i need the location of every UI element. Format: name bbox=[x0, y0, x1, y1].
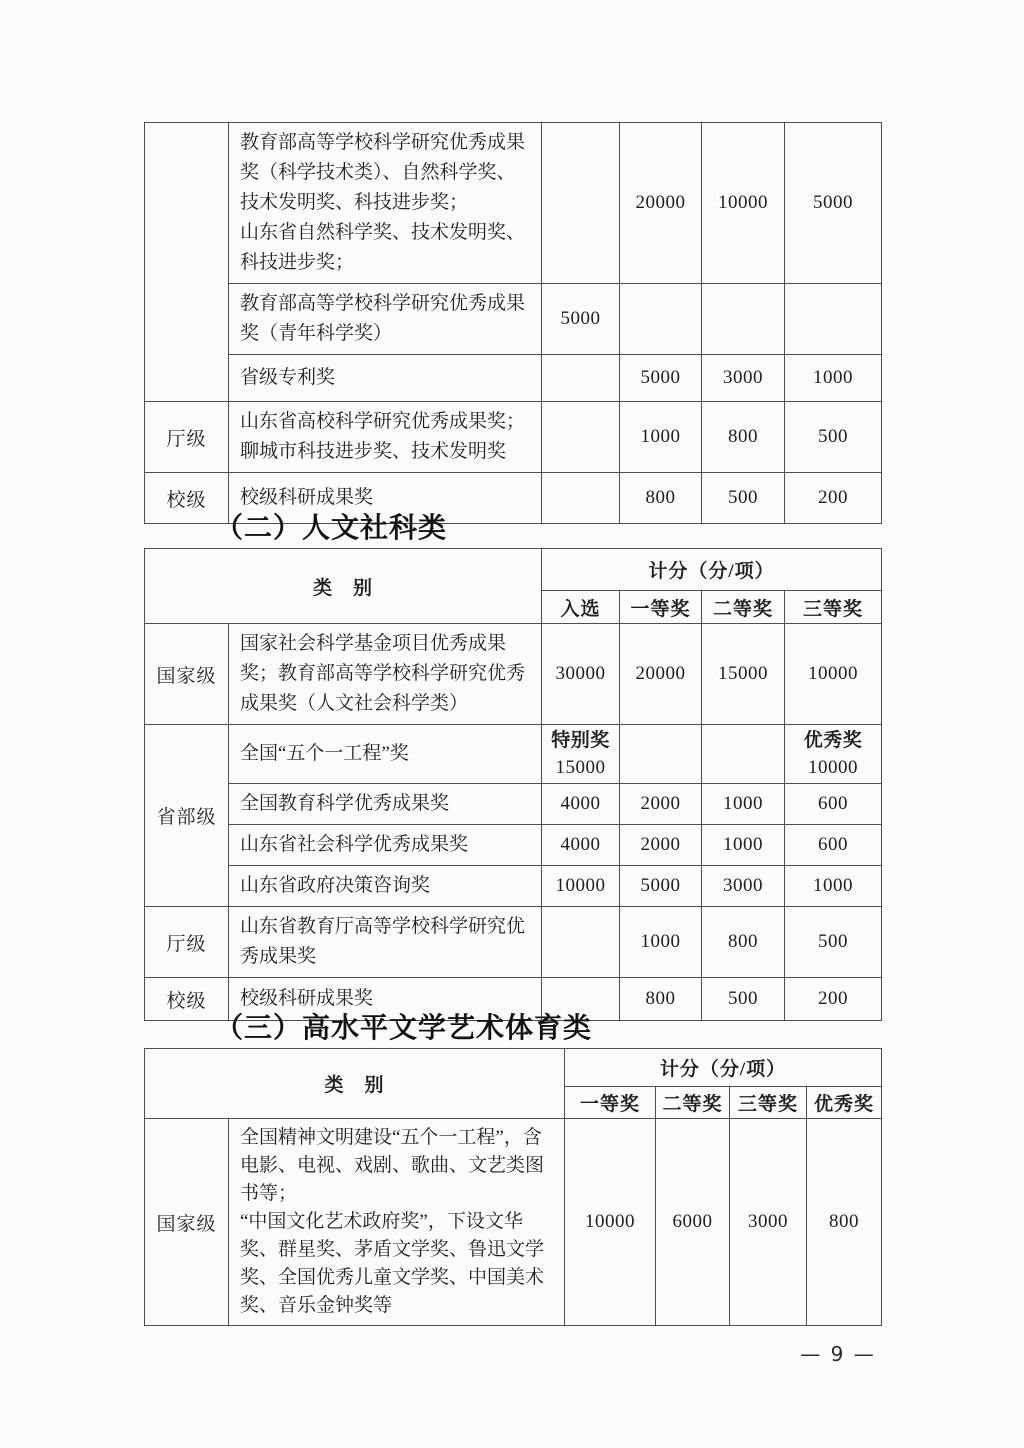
score-cell: 800 bbox=[807, 1119, 882, 1326]
score-cell: 10000 bbox=[702, 123, 785, 284]
score-cell: 10000 bbox=[565, 1119, 656, 1326]
score-cell: 2000 bbox=[620, 784, 702, 825]
award-cell: 山东省政府决策咨询奖 bbox=[229, 866, 542, 907]
score-cell: 500 bbox=[702, 473, 785, 524]
award-cell: 国家社会科学基金项目优秀成果奖；教育部高等学校科学研究优秀成果奖（人文社会科学类… bbox=[229, 624, 542, 725]
score-cell: 10000 bbox=[785, 624, 882, 725]
category-cell: 国家级 bbox=[145, 624, 229, 725]
score-cell: 20000 bbox=[620, 624, 702, 725]
table-row: 厅级 山东省高校科学研究优秀成果奖； 聊城市科技进步奖、技术发明奖 1000 8… bbox=[145, 402, 882, 473]
score-cell bbox=[620, 284, 702, 355]
score-cell bbox=[542, 907, 620, 978]
score-cell: 5000 bbox=[785, 123, 882, 284]
section-heading-arts-sports: （三）高水平文学艺术体育类 bbox=[215, 1006, 592, 1046]
score-cell: 1000 bbox=[785, 866, 882, 907]
category-cell: 省部级 bbox=[145, 725, 229, 907]
score-cell: 1000 bbox=[620, 402, 702, 473]
score-cell: 500 bbox=[785, 402, 882, 473]
score-label: 优秀奖 bbox=[789, 727, 877, 754]
score-cell: 5000 bbox=[542, 284, 620, 355]
score-cell: 800 bbox=[702, 907, 785, 978]
award-cell: 省级专利奖 bbox=[229, 355, 542, 402]
column-header: 三等奖 bbox=[730, 1087, 807, 1119]
score-cell: 500 bbox=[785, 907, 882, 978]
column-header: 一等奖 bbox=[565, 1087, 656, 1119]
table-row: 省级专利奖 5000 3000 1000 bbox=[145, 355, 882, 402]
table-row: 山东省社会科学优秀成果奖 4000 2000 1000 600 bbox=[145, 825, 882, 866]
score-cell bbox=[620, 725, 702, 784]
score-cell bbox=[542, 473, 620, 524]
score-label: 特别奖 bbox=[546, 727, 615, 754]
award-cell: 教育部高等学校科学研究优秀成果奖（青年科学奖） bbox=[229, 284, 542, 355]
table-row: 省部级 全国“五个一工程”奖 特别奖 15000 优秀奖 10000 bbox=[145, 725, 882, 784]
score-cell: 800 bbox=[620, 978, 702, 1021]
score-cell: 2000 bbox=[620, 825, 702, 866]
score-cell bbox=[542, 355, 620, 402]
category-cell: 厅级 bbox=[145, 402, 229, 473]
score-cell: 特别奖 15000 bbox=[542, 725, 620, 784]
score-cell: 3000 bbox=[730, 1119, 807, 1326]
column-header: 二等奖 bbox=[702, 591, 785, 624]
table-row: 教育部高等学校科学研究优秀成果奖（青年科学奖） 5000 bbox=[145, 284, 882, 355]
category-header: 类 别 bbox=[145, 549, 542, 624]
table-row: 全国教育科学优秀成果奖 4000 2000 1000 600 bbox=[145, 784, 882, 825]
page-number: — 9 — bbox=[793, 1342, 883, 1366]
humanities-awards-table: 类 别 计分（分/项） 入选 一等奖 二等奖 三等奖 国家级 国家社会科学基金项… bbox=[144, 548, 882, 1021]
score-cell bbox=[702, 725, 785, 784]
score-cell: 10000 bbox=[542, 866, 620, 907]
award-cell: 山东省社会科学优秀成果奖 bbox=[229, 825, 542, 866]
column-header: 二等奖 bbox=[656, 1087, 730, 1119]
table-header-row: 类 别 计分（分/项） bbox=[145, 1049, 882, 1087]
score-cell: 15000 bbox=[702, 624, 785, 725]
column-header: 优秀奖 bbox=[807, 1087, 882, 1119]
award-cell: 山东省教育厅高等学校科学研究优秀成果奖 bbox=[229, 907, 542, 978]
score-cell: 600 bbox=[785, 825, 882, 866]
arts-sports-awards-table: 类 别 计分（分/项） 一等奖 二等奖 三等奖 优秀奖 国家级 全国精神文明建设… bbox=[144, 1048, 882, 1326]
score-cell: 3000 bbox=[702, 355, 785, 402]
score-cell bbox=[785, 284, 882, 355]
table-row: 国家级 全国精神文明建设“五个一工程”，含电影、电视、戏剧、歌曲、文艺类图书等；… bbox=[145, 1119, 882, 1326]
score-cell: 4000 bbox=[542, 784, 620, 825]
score-cell: 4000 bbox=[542, 825, 620, 866]
score-cell: 600 bbox=[785, 784, 882, 825]
column-header: 三等奖 bbox=[785, 591, 882, 624]
score-cell: 3000 bbox=[702, 866, 785, 907]
category-cell: 厅级 bbox=[145, 907, 229, 978]
score-group-header: 计分（分/项） bbox=[565, 1049, 882, 1087]
score-cell bbox=[702, 284, 785, 355]
document-page: 教育部高等学校科学研究优秀成果奖（科学技术类）、自然科学奖、技术发明奖、科技进步… bbox=[0, 0, 1024, 1448]
table-row: 山东省政府决策咨询奖 10000 5000 3000 1000 bbox=[145, 866, 882, 907]
column-header: 一等奖 bbox=[620, 591, 702, 624]
category-header: 类 别 bbox=[145, 1049, 565, 1119]
score-cell bbox=[542, 402, 620, 473]
score-cell: 1000 bbox=[620, 907, 702, 978]
score-cell: 1000 bbox=[702, 825, 785, 866]
category-cell bbox=[145, 123, 229, 402]
award-cell: 教育部高等学校科学研究优秀成果奖（科学技术类）、自然科学奖、技术发明奖、科技进步… bbox=[229, 123, 542, 284]
score-group-header: 计分（分/项） bbox=[542, 549, 882, 591]
score-cell: 30000 bbox=[542, 624, 620, 725]
score-cell: 200 bbox=[785, 473, 882, 524]
score-value: 10000 bbox=[789, 754, 877, 781]
table-row: 厅级 山东省教育厅高等学校科学研究优秀成果奖 1000 800 500 bbox=[145, 907, 882, 978]
score-cell: 优秀奖 10000 bbox=[785, 725, 882, 784]
table-row: 国家级 国家社会科学基金项目优秀成果奖；教育部高等学校科学研究优秀成果奖（人文社… bbox=[145, 624, 882, 725]
score-cell: 800 bbox=[702, 402, 785, 473]
score-cell: 800 bbox=[620, 473, 702, 524]
score-cell: 1000 bbox=[702, 784, 785, 825]
column-header: 入选 bbox=[542, 591, 620, 624]
score-cell bbox=[542, 123, 620, 284]
score-cell: 5000 bbox=[620, 866, 702, 907]
award-cell: 全国精神文明建设“五个一工程”，含电影、电视、戏剧、歌曲、文艺类图书等； “中国… bbox=[229, 1119, 565, 1326]
section-heading-humanities: （二）人文社科类 bbox=[215, 506, 447, 546]
award-cell: 全国“五个一工程”奖 bbox=[229, 725, 542, 784]
science-awards-table: 教育部高等学校科学研究优秀成果奖（科学技术类）、自然科学奖、技术发明奖、科技进步… bbox=[144, 122, 882, 524]
score-cell: 6000 bbox=[656, 1119, 730, 1326]
award-cell: 全国教育科学优秀成果奖 bbox=[229, 784, 542, 825]
table-row: 教育部高等学校科学研究优秀成果奖（科学技术类）、自然科学奖、技术发明奖、科技进步… bbox=[145, 123, 882, 284]
category-cell: 国家级 bbox=[145, 1119, 229, 1326]
award-cell: 山东省高校科学研究优秀成果奖； 聊城市科技进步奖、技术发明奖 bbox=[229, 402, 542, 473]
score-cell: 5000 bbox=[620, 355, 702, 402]
score-cell: 1000 bbox=[785, 355, 882, 402]
score-cell: 500 bbox=[702, 978, 785, 1021]
score-cell: 200 bbox=[785, 978, 882, 1021]
table-header-row: 类 别 计分（分/项） bbox=[145, 549, 882, 591]
score-value: 15000 bbox=[546, 754, 615, 781]
score-cell: 20000 bbox=[620, 123, 702, 284]
